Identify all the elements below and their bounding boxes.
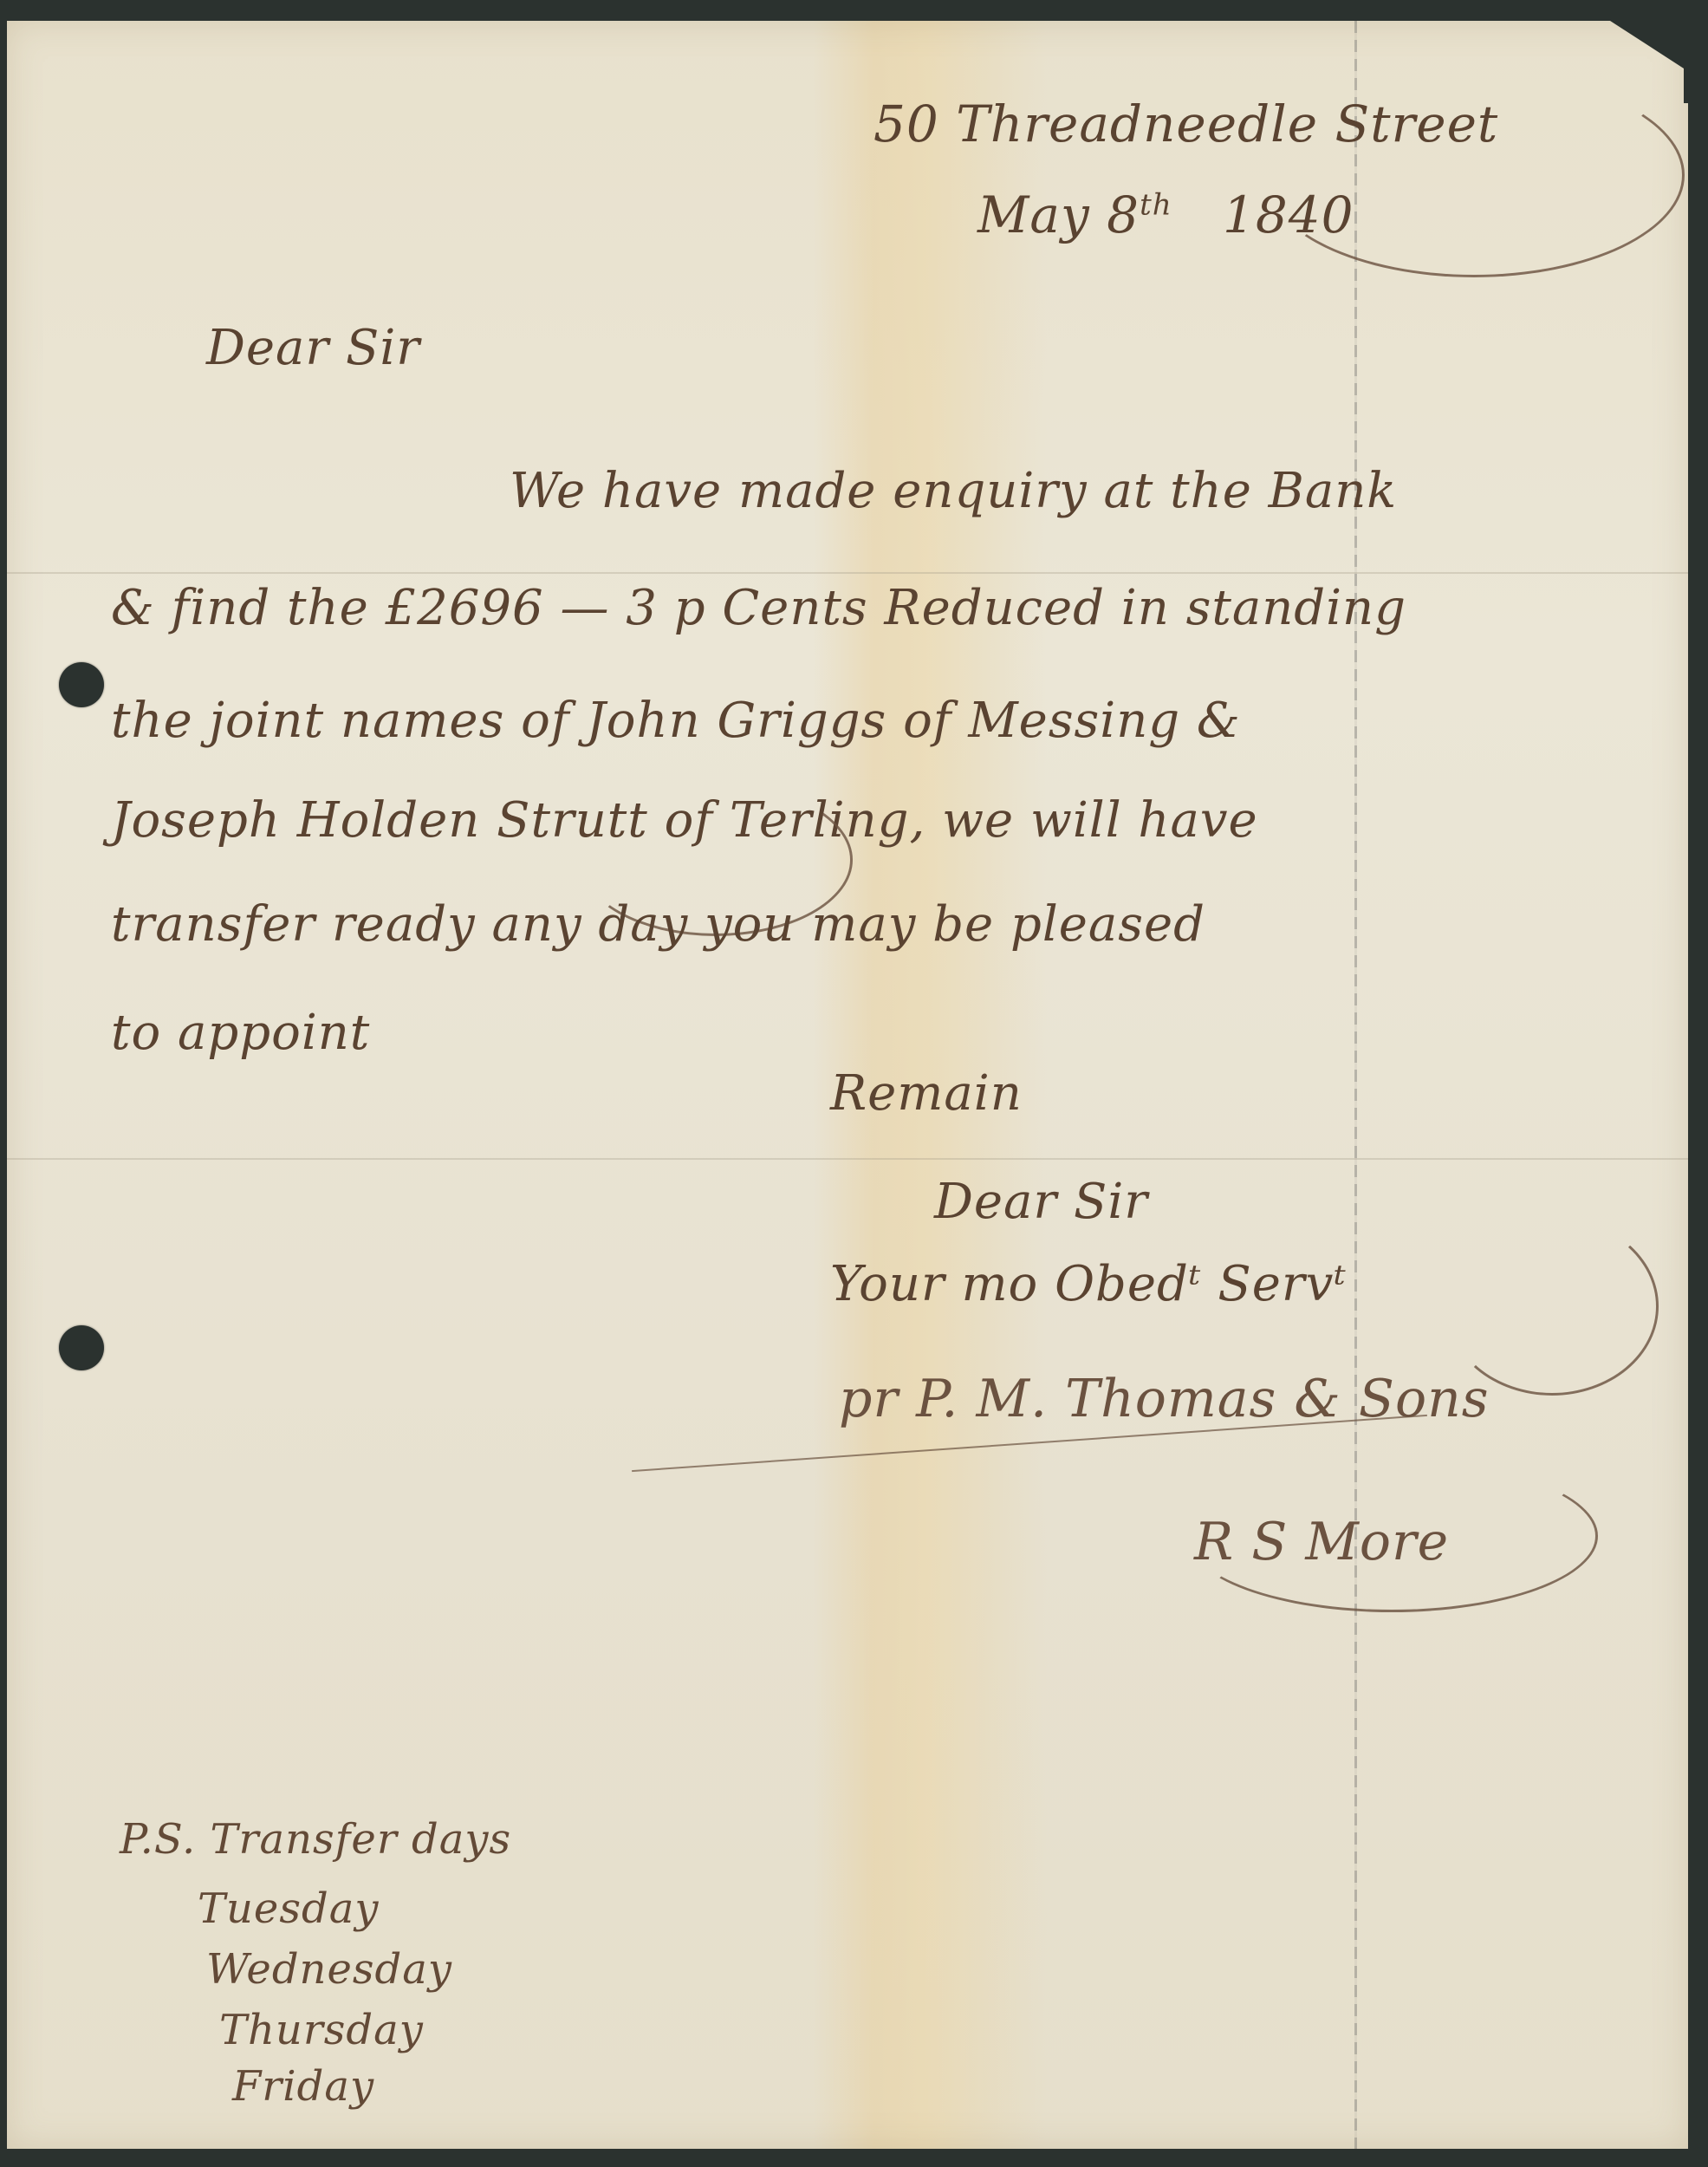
punch-hole-icon — [59, 662, 104, 707]
salutation: Dear Sir — [206, 320, 420, 376]
closing-valediction: Your mo Obedᵗ Servᵗ — [830, 1256, 1347, 1312]
postscript-day: Wednesday — [206, 1945, 452, 1994]
body-line-6: to appoint — [111, 1005, 370, 1061]
postscript-heading: P.S. Transfer days — [120, 1815, 511, 1864]
signature-firm: pr P. M. Thomas & Sons — [839, 1369, 1490, 1429]
initials-flourish — [1185, 1460, 1598, 1612]
letter-paper: 50 Threadneedle Street May 8th 1840 Dear… — [7, 21, 1688, 2149]
date-month: May — [977, 185, 1090, 244]
horizontal-fold-crease — [7, 572, 1688, 574]
vertical-fold-crease — [1354, 21, 1357, 2149]
address-flourish — [1263, 73, 1685, 277]
date-day: 8 — [1107, 185, 1140, 244]
punch-hole-icon — [59, 1325, 104, 1370]
postscript-day: Thursday — [219, 2006, 424, 2054]
horizontal-fold-crease — [7, 1158, 1688, 1160]
postscript-day: Friday — [232, 2062, 374, 2111]
closing-remain: Remain — [830, 1065, 1023, 1122]
body-line-1: We have made enquiry at the Bank — [510, 463, 1397, 519]
date-suffix: th — [1140, 188, 1172, 223]
body-line-5: transfer ready any day you may be please… — [111, 896, 1205, 953]
body-line-2: & find the £2696 — 3 p Cents Reduced in … — [111, 580, 1406, 636]
postscript-day: Tuesday — [198, 1884, 379, 1933]
body-line-3: the joint names of John Griggs of Messin… — [111, 693, 1241, 749]
closing-dear-sir: Dear Sir — [934, 1174, 1148, 1230]
